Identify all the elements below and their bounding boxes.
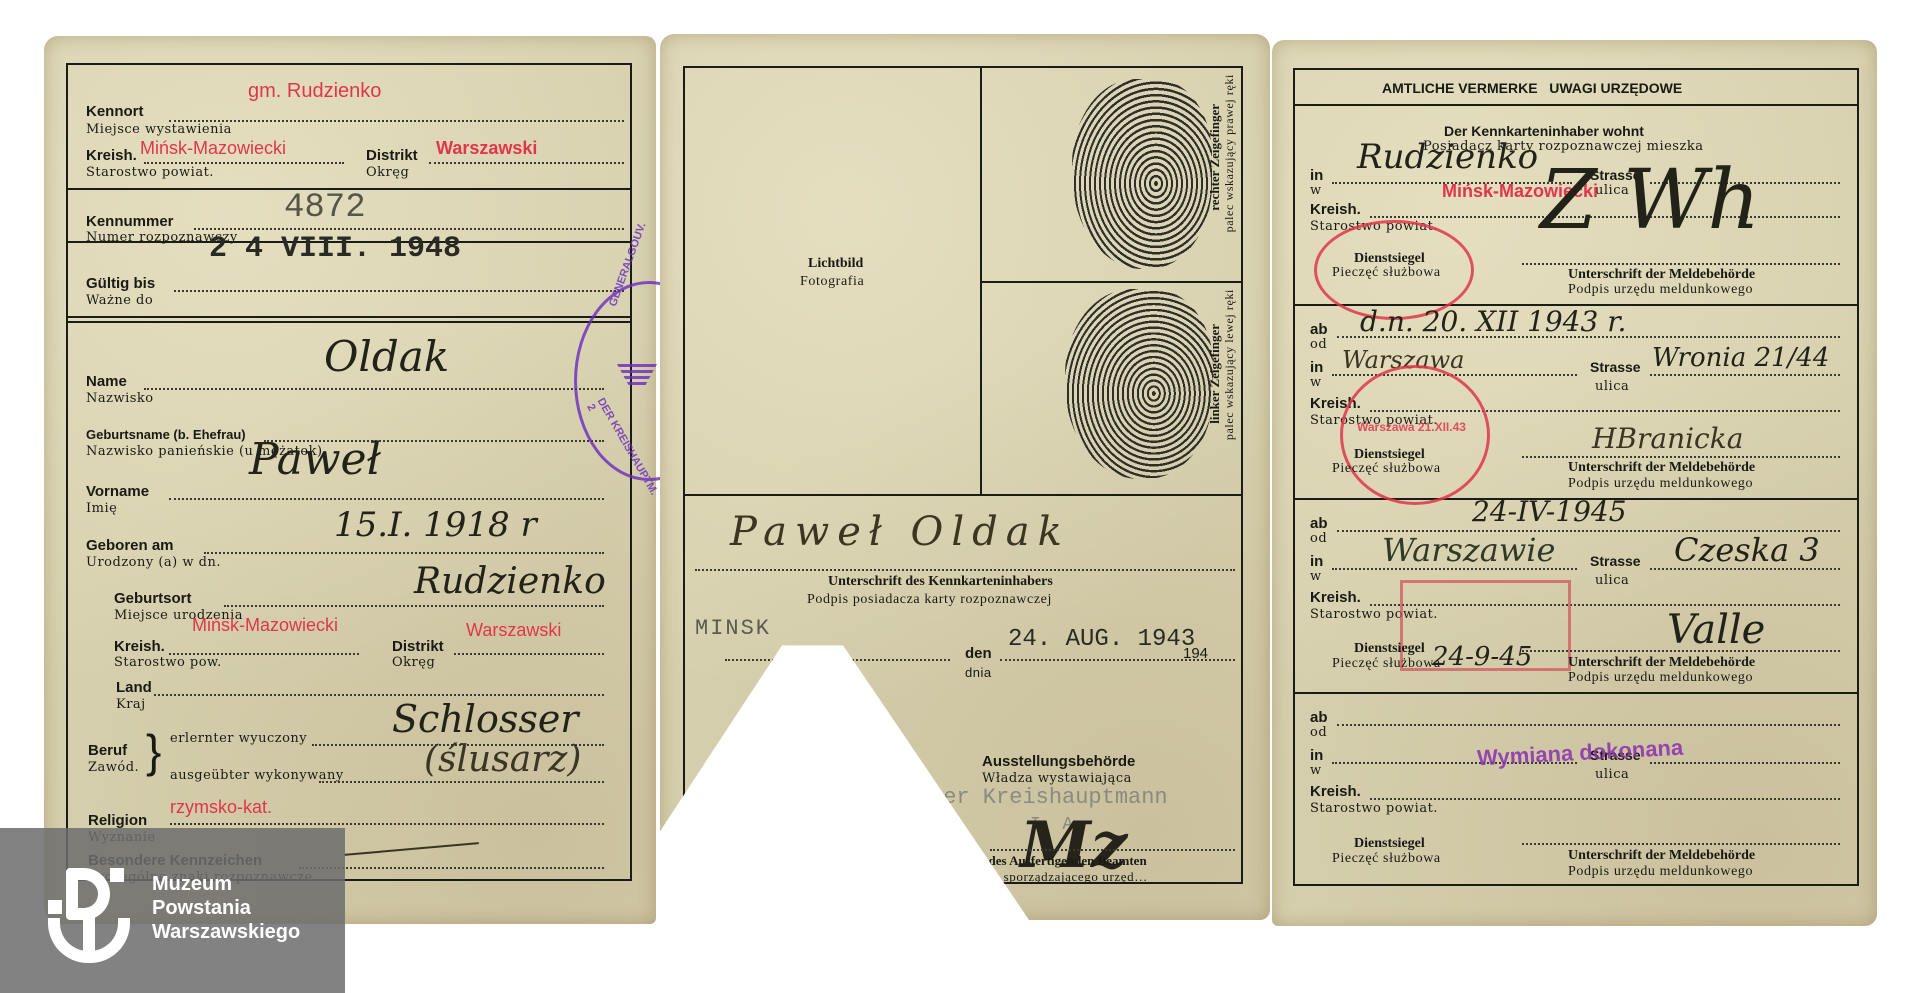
photo-label: Lichtbild — [808, 257, 863, 271]
watermark-line3: Warszawskiego — [152, 921, 300, 944]
eagle-icon — [617, 364, 657, 386]
religion-value: rzymsko-kat. — [170, 798, 272, 816]
geboren-value: 15.I. 1918 r — [334, 508, 537, 542]
entry4-od-label: od — [1310, 726, 1327, 739]
entry3-in-label: in — [1310, 554, 1323, 569]
photo-sub: Fotografia — [800, 275, 864, 289]
gueltig-label: Gültig bis — [86, 276, 155, 291]
entry4-in-label: in — [1310, 748, 1323, 763]
kennummer-value: 4872 — [284, 191, 366, 225]
entry4-ulica-label: ulica — [1595, 768, 1629, 781]
date-sub: dnia — [965, 666, 992, 679]
entry3-stamp-date: 24-9-45 — [1432, 644, 1532, 670]
entry1-in-label: in — [1310, 168, 1323, 183]
land-sub: Kraj — [116, 698, 146, 711]
entry3-unterschrift-label: Unterschrift der Meldebehörde — [1568, 656, 1755, 670]
authority-value: Der Kreishauptmann — [930, 787, 1168, 809]
residence-title: Der Kennkarteninhaber wohnt — [1444, 124, 1644, 138]
gueltig-sub: Ważne do — [86, 294, 153, 307]
kreish-value: Mińsk-Mazowiecki — [140, 139, 286, 157]
geburtsname-label: Geburtsname (b. Ehefrau) — [86, 428, 246, 441]
entry2-strasse-value: Wronia 21/44 — [1652, 345, 1829, 371]
religion-label: Religion — [88, 813, 147, 828]
entry2-od-label: od — [1310, 338, 1327, 351]
kennummer-label: Kennummer — [86, 214, 174, 229]
entry1-unterschrift-label: Unterschrift der Meldebehörde — [1568, 268, 1755, 282]
entry3-ab-label: ab — [1310, 516, 1328, 531]
name-label: Name — [86, 374, 127, 389]
geburtsort-label: Geburtsort — [114, 591, 192, 606]
date-printed-suffix: 194 — [1183, 646, 1208, 661]
entry1-pieczec-label: Pieczęć służbowa — [1332, 266, 1441, 280]
entry2-seal-date: Warszawa 21.XII.43 — [1357, 420, 1466, 434]
date-label: den — [965, 646, 992, 661]
entry1-podpis-label: Podpis urzędu meldunkowego — [1568, 283, 1753, 297]
kennort-label: Kennort — [86, 104, 144, 119]
entry4-dienstsiegel-label: Dienstsiegel — [1354, 837, 1425, 851]
kreish-label: Kreish. — [86, 148, 137, 163]
entry1-w-label: w — [1310, 184, 1322, 197]
entry4-kreish-label: Kreish. — [1310, 784, 1361, 799]
watermark-line2: Powstania — [152, 897, 251, 920]
gueltig-value: 2 4 VIII. 1948 — [209, 234, 461, 264]
geburtsort-value: Rudzienko — [414, 564, 606, 600]
entry2-in-label: in — [1310, 360, 1323, 375]
authority-sub: Władza wystawiająca — [982, 772, 1132, 785]
left-finger-label: linker Zeigefinger — [1208, 324, 1222, 424]
entry3-w-label: w — [1310, 570, 1322, 583]
ausgeuebter-label: ausgeübter wykonywany — [170, 769, 344, 782]
erlernter-label: erlernter wyuczony — [170, 732, 307, 745]
entry2-dienstsiegel-label: Dienstsiegel — [1354, 448, 1425, 462]
museum-watermark: Muzeum Powstania Warszawskiego — [0, 828, 345, 993]
entry3-ulica-label: ulica — [1595, 574, 1629, 587]
right-fingerprint-image — [1072, 79, 1212, 269]
right-finger-label: rechter Zeigefinger — [1208, 104, 1222, 211]
distrikt-birth-sub: Okręg — [392, 656, 435, 669]
entry2-strasse-label: Strasse — [1590, 360, 1641, 374]
kreish-birth-value: Mińsk-Mazowiecki — [192, 616, 338, 634]
kennort-value: gm. Rudzienko — [248, 81, 381, 101]
entry4-podpis-label: Podpis urzędu meldunkowego — [1568, 865, 1753, 879]
authority-label: Ausstellungsbehörde — [982, 754, 1135, 769]
entry3-podpis-label: Podpis urzędu meldunkowego — [1568, 671, 1753, 685]
kotwica-logo-icon — [48, 868, 130, 963]
distrikt-birth-value: Warszawski — [466, 621, 561, 639]
issue-place: MINSK — [695, 618, 771, 640]
entry4-ab-label: ab — [1310, 710, 1328, 725]
left-fingerprint-image — [1065, 289, 1213, 479]
distrikt-value: Warszawski — [436, 139, 537, 157]
name-sub: Nazwisko — [86, 392, 154, 405]
entry3-signature: Valle — [1667, 610, 1765, 650]
name-value: Oldak — [324, 336, 449, 378]
vorname-sub: Imię — [86, 502, 117, 515]
entry2-unterschrift-label: Unterschrift der Meldebehörde — [1568, 461, 1755, 475]
entry3-ab-value: 24-IV-1945 — [1472, 498, 1627, 526]
right-finger-sub: palec wskazujący prawej ręki — [1223, 74, 1236, 232]
official-signature-label: …ift des Ausfertigenden Beamten — [960, 854, 1147, 867]
issue-date: 24. AUG. 1943 — [1008, 628, 1195, 652]
kennkarte-right-panel: AMTLICHE VERMERKE UWAGI URZĘDOWE Der Ken… — [1272, 40, 1877, 926]
entry3-dienstsiegel-label: Dienstsiegel — [1354, 642, 1425, 656]
entry2-ab-value: d.n. 20. XII 1943 r. — [1360, 308, 1626, 336]
beruf-bracket: } — [146, 728, 161, 774]
entry2-red-seal: Warszawa 21.XII.43 — [1340, 365, 1490, 505]
kennort-sub: Miejsce wystawienia — [86, 123, 232, 136]
entry1-kreish-label: Kreish. — [1310, 202, 1361, 217]
entry2-pieczec-label: Pieczęć służbowa — [1332, 462, 1441, 476]
beruf-label: Beruf — [88, 743, 127, 758]
vorname-label: Vorname — [86, 484, 149, 499]
entry2-podpis-label: Podpis urzędu meldunkowego — [1568, 477, 1753, 491]
distrikt-sub: Okręg — [366, 166, 409, 179]
entry1-in-value: Rudzienko — [1357, 140, 1538, 174]
beruf-sub: Zawód. — [88, 761, 139, 774]
entry3-od-label: od — [1310, 532, 1327, 545]
entry1-signature: Z Wh — [1540, 160, 1760, 242]
entry4-w-label: w — [1310, 764, 1322, 777]
vorname-value: Paweł — [249, 438, 381, 482]
entry2-ulica-label: ulica — [1595, 380, 1629, 393]
entry3-strasse-label: Strasse — [1590, 554, 1641, 568]
left-finger-sub: palec wskazujący lewej ręki — [1223, 289, 1236, 440]
kreish-birth-label: Kreish. — [114, 639, 165, 654]
entry2-ab-label: ab — [1310, 322, 1328, 337]
entry3-in-value: Warszawie — [1382, 534, 1555, 566]
entry2-w-label: w — [1310, 376, 1322, 389]
kennkarte-middle-panel: Lichtbild Fotografia rechter Zeigefinger… — [660, 34, 1270, 920]
entry4-pieczec-label: Pieczęć służbowa — [1332, 852, 1441, 866]
official-signature-sub: …sporządzającego urzęd… — [990, 870, 1148, 883]
kennkarte-left-panel: gm. Rudzienko Kennort Miejsce wystawieni… — [44, 36, 656, 924]
kreish-sub: Starostwo powiat. — [86, 166, 214, 179]
holder-signature-label: Unterschrift des Kennkarteninhabers — [828, 575, 1053, 589]
kreish-birth-sub: Starostwo pow. — [114, 656, 222, 669]
entry2-signature: HBranicka — [1592, 425, 1743, 453]
entry1-dienstsiegel-label: Dienstsiegel — [1354, 252, 1425, 266]
geboren-label: Geboren am — [86, 538, 174, 553]
erlernter-value: Schlosser — [392, 700, 578, 738]
entry4-unterschrift-label: Unterschrift der Meldebehörde — [1568, 849, 1755, 863]
ausgeuebter-value: (ślusarz) — [424, 742, 581, 778]
entry3-strasse-value: Czeska 3 — [1674, 534, 1820, 566]
holder-signature-sub: Podpis posiadacza karty rozpoznawczej — [807, 593, 1052, 607]
watermark-line1: Muzeum — [152, 873, 232, 896]
official-notes-header: AMTLICHE VERMERKE UWAGI URZĘDOWE — [1382, 81, 1682, 95]
distrikt-label: Distrikt — [366, 148, 418, 163]
land-label: Land — [116, 680, 152, 695]
entry4-starostwo-label: Starostwo powiat. — [1310, 802, 1438, 815]
geboren-sub: Urodzony (a) w dn. — [86, 556, 221, 569]
entry3-pieczec-label: Pieczęć służbowa — [1332, 657, 1441, 671]
holder-signature: Paweł Oldak — [730, 512, 1070, 552]
distrikt-birth-label: Distrikt — [392, 639, 444, 654]
entry3-kreish-label: Kreish. — [1310, 590, 1361, 605]
